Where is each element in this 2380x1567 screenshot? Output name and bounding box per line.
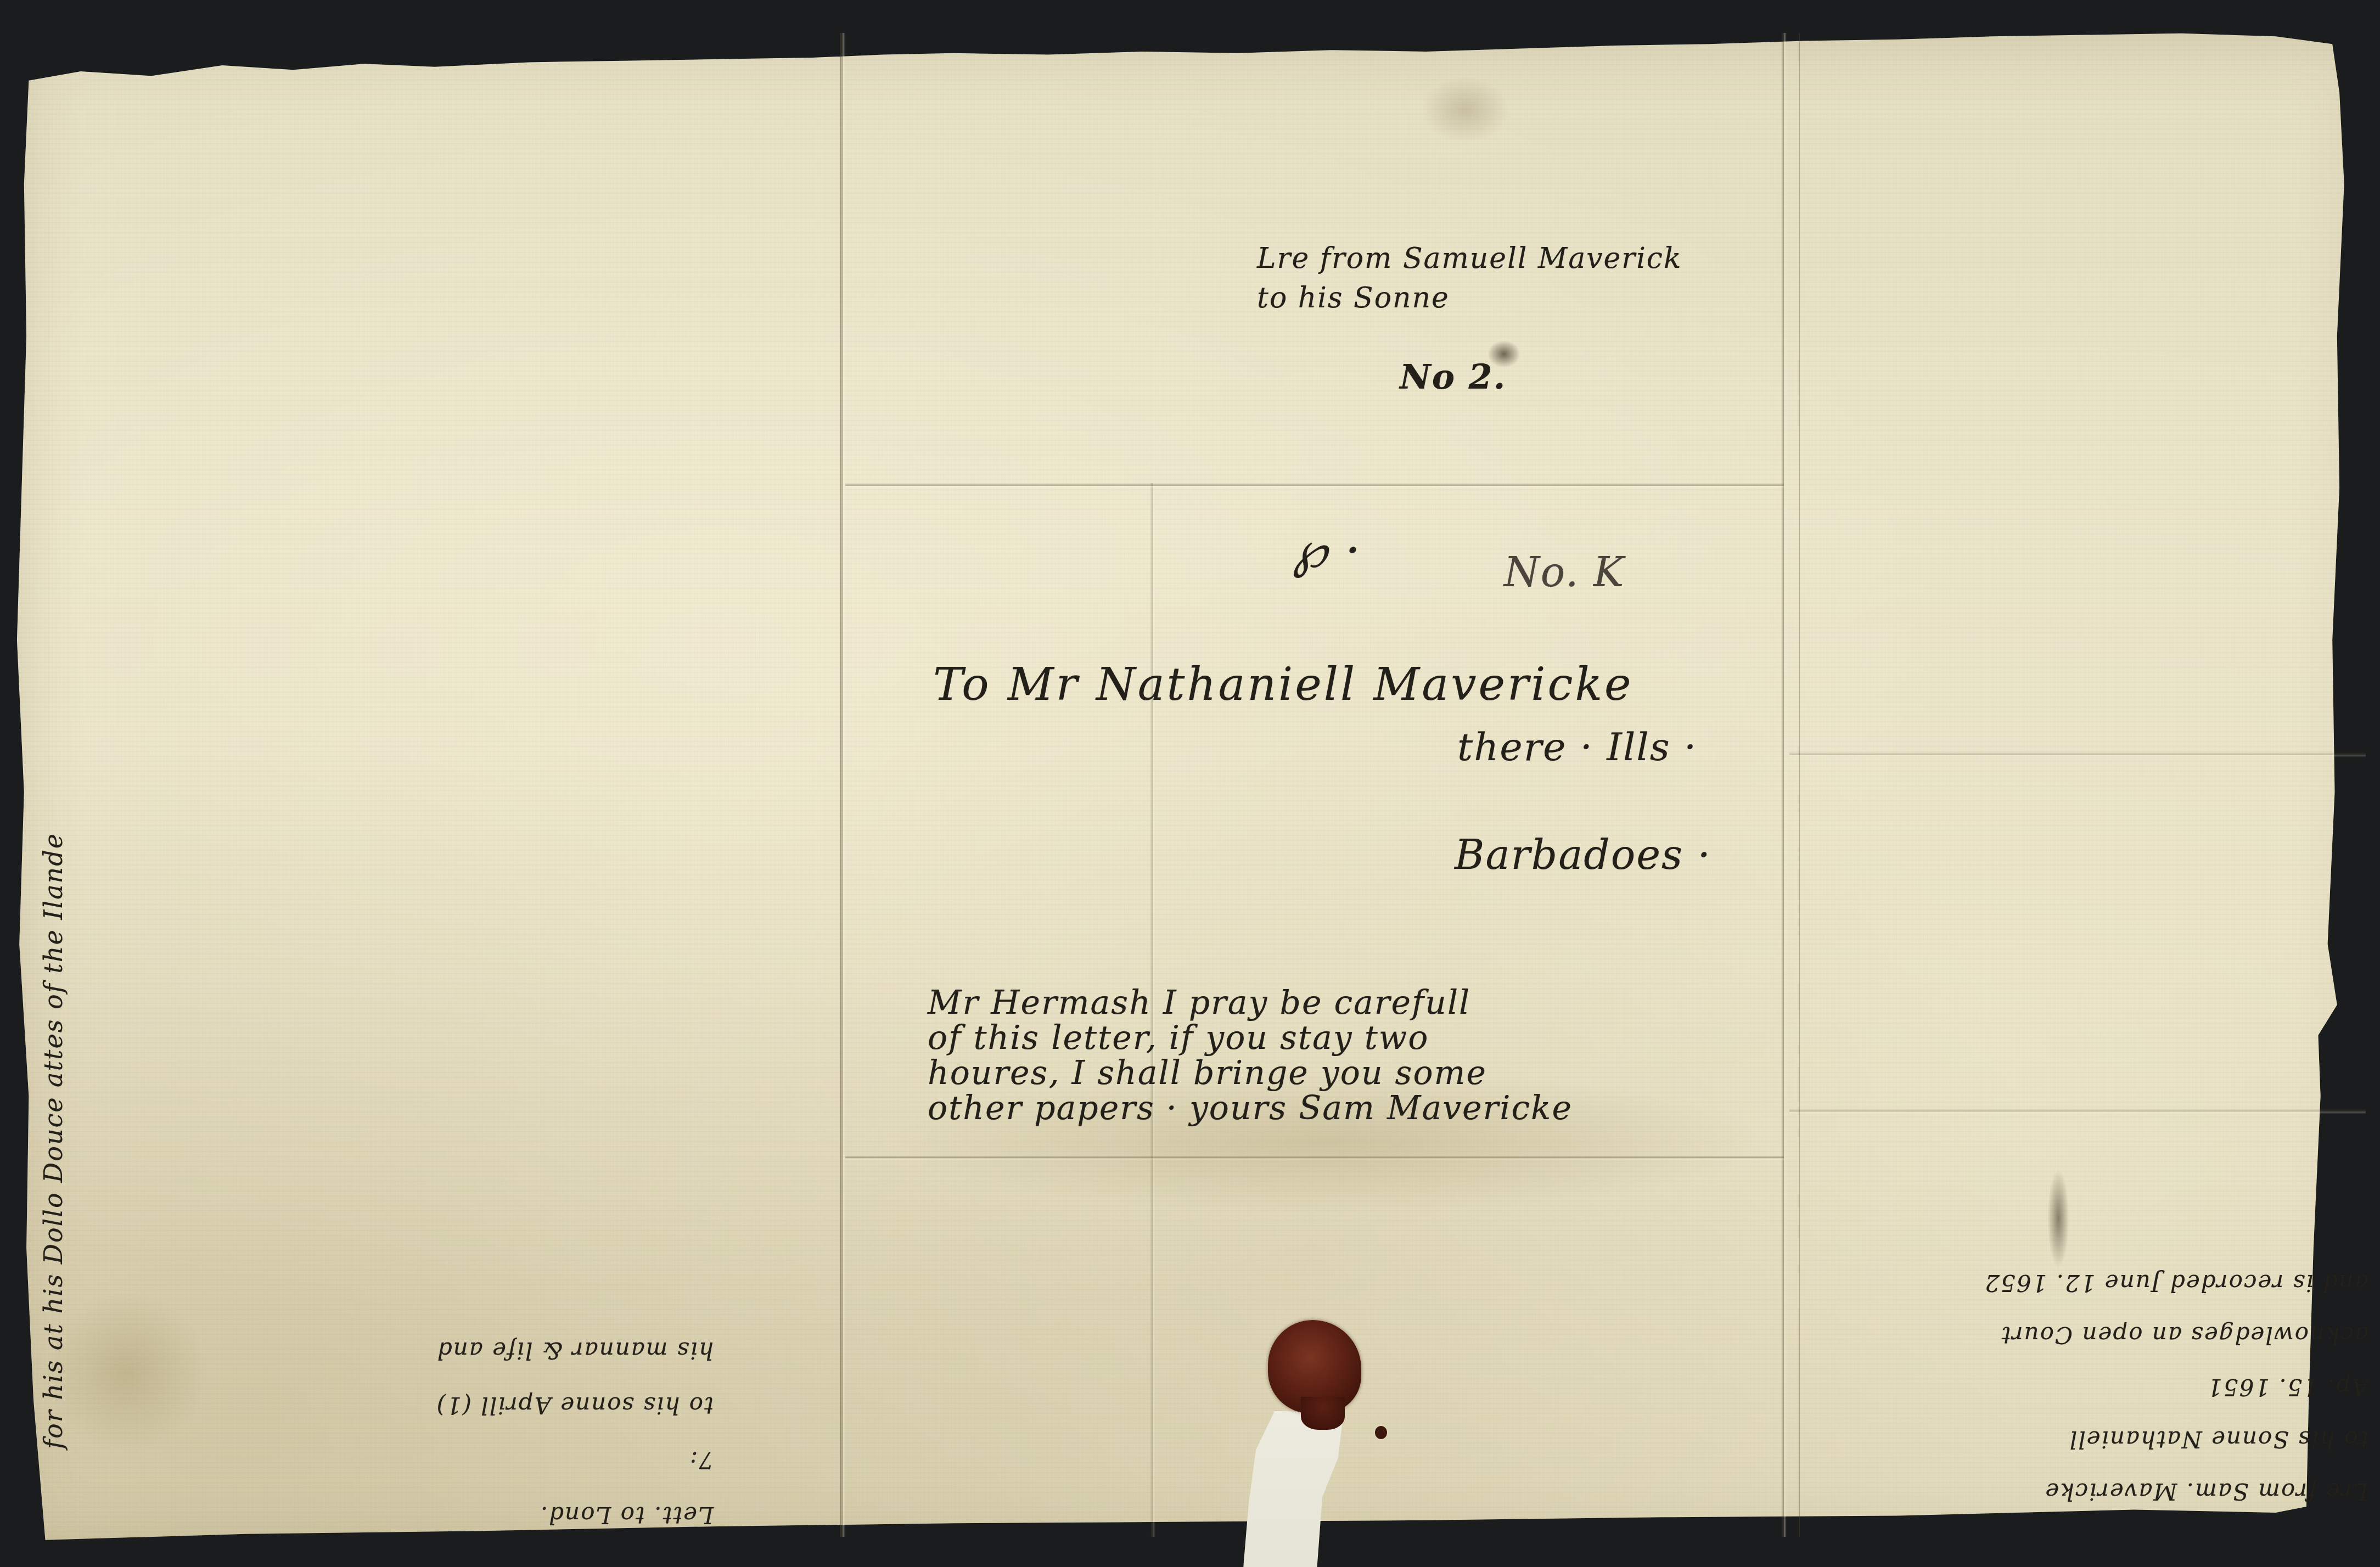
postscript: Mr Hermash I pray be carefull of this le… <box>928 985 1573 1126</box>
postscript-line-2: of this letter, if you stay two <box>928 1020 1573 1055</box>
docket-top-line-2: to his Sonne <box>1257 278 1682 318</box>
postscript-line-4: other papers · yours Sam Mavericke <box>928 1091 1573 1126</box>
address-line-there: there · Ills · <box>1457 724 1697 770</box>
docket-bl-line-4: his mannar & life and <box>329 1323 714 1378</box>
docket-bl-line-2: 7: <box>329 1433 714 1487</box>
document-scan: Lre from Samuell Maverick to his Sonne N… <box>0 0 2380 1567</box>
postscript-line-1: Mr Hermash I pray be carefull <box>928 985 1573 1020</box>
docket-bl-line-1: Lett. to Lond. <box>329 1487 714 1542</box>
docket-br-line-4: acknowledges an open Court <box>1820 1309 2368 1361</box>
docket-top-line-1: Lre from Samuell Maverick <box>1257 239 1682 278</box>
docket-br-line-3: Ap. 15. 1651 <box>1820 1361 2368 1413</box>
address-recipient: To Mr Nathaniell Mavericke <box>933 659 1634 711</box>
postscript-line-3: houres, I shall bringe you some <box>928 1055 1573 1091</box>
docket-number: No 2. <box>1400 357 1506 397</box>
docket-bl-line-3: to his sonne Aprill (1) <box>329 1378 714 1433</box>
docket-bottom-left: Lett. to Lond. 7: to his sonne Aprill (1… <box>329 1323 714 1542</box>
docket-bottom-right: Lre from Sam. Mavericke to his Sonne Nat… <box>1820 1257 2368 1518</box>
address-mark: ℘ · <box>1293 521 1362 579</box>
wax-seal <box>1268 1320 1361 1413</box>
wax-drip <box>1375 1426 1387 1439</box>
address-place: Barbadoes · <box>1455 832 1711 879</box>
margin-left-vertical: for his at his Dollo Douce attes of the … <box>38 833 68 1449</box>
docket-top: Lre from Samuell Maverick to his Sonne <box>1257 239 1682 318</box>
docket-br-line-5: and is recorded June 12. 1652 <box>1820 1257 2368 1309</box>
docket-br-line-2: to his Sonne Nathaniell <box>1820 1413 2368 1465</box>
address-number-mark: No. K <box>1504 549 1625 596</box>
docket-br-line-1: Lre from Sam. Mavericke <box>1820 1465 2368 1518</box>
